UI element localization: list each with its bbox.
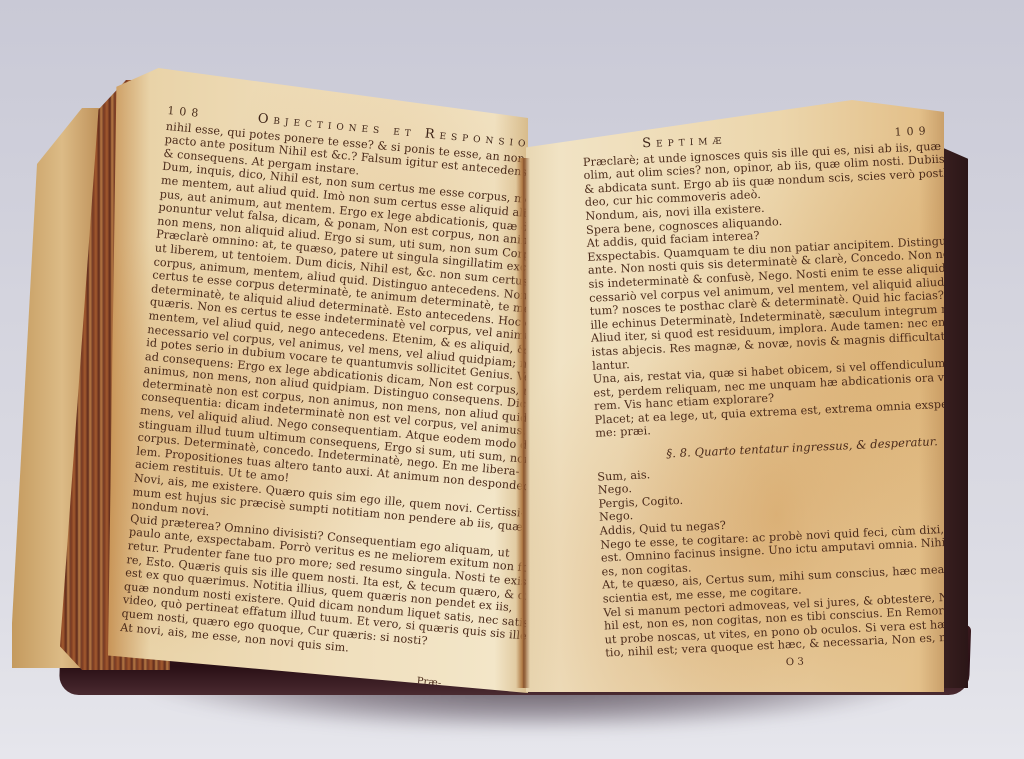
left-page-number: 108: [167, 104, 204, 121]
left-body-lines: nihil esse, qui potes ponere te esse? & …: [120, 120, 528, 674]
left-page-text: 108 Objectiones et Responsiones nihil es…: [117, 104, 528, 693]
left-page: 108 Objectiones et Responsiones nihil es…: [108, 68, 528, 693]
book-gutter: [516, 158, 530, 688]
right-body-lines-after: Sum, ais.Nego.Pergis, Cogito.Nego.Addis,…: [597, 451, 944, 660]
right-page-number: 109: [894, 124, 931, 139]
right-running-title: Septimæ: [642, 132, 727, 151]
right-page-text: Septimæ 109 Præclarè; at unde ignosces q…: [582, 121, 944, 678]
photo-scene: 108 Objectiones et Responsiones nihil es…: [0, 0, 1024, 759]
right-page: Septimæ 109 Præclarè; at unde ignosces q…: [526, 100, 944, 692]
right-body-lines: Præclarè; at unde ignosces quis sis ille…: [583, 136, 944, 441]
